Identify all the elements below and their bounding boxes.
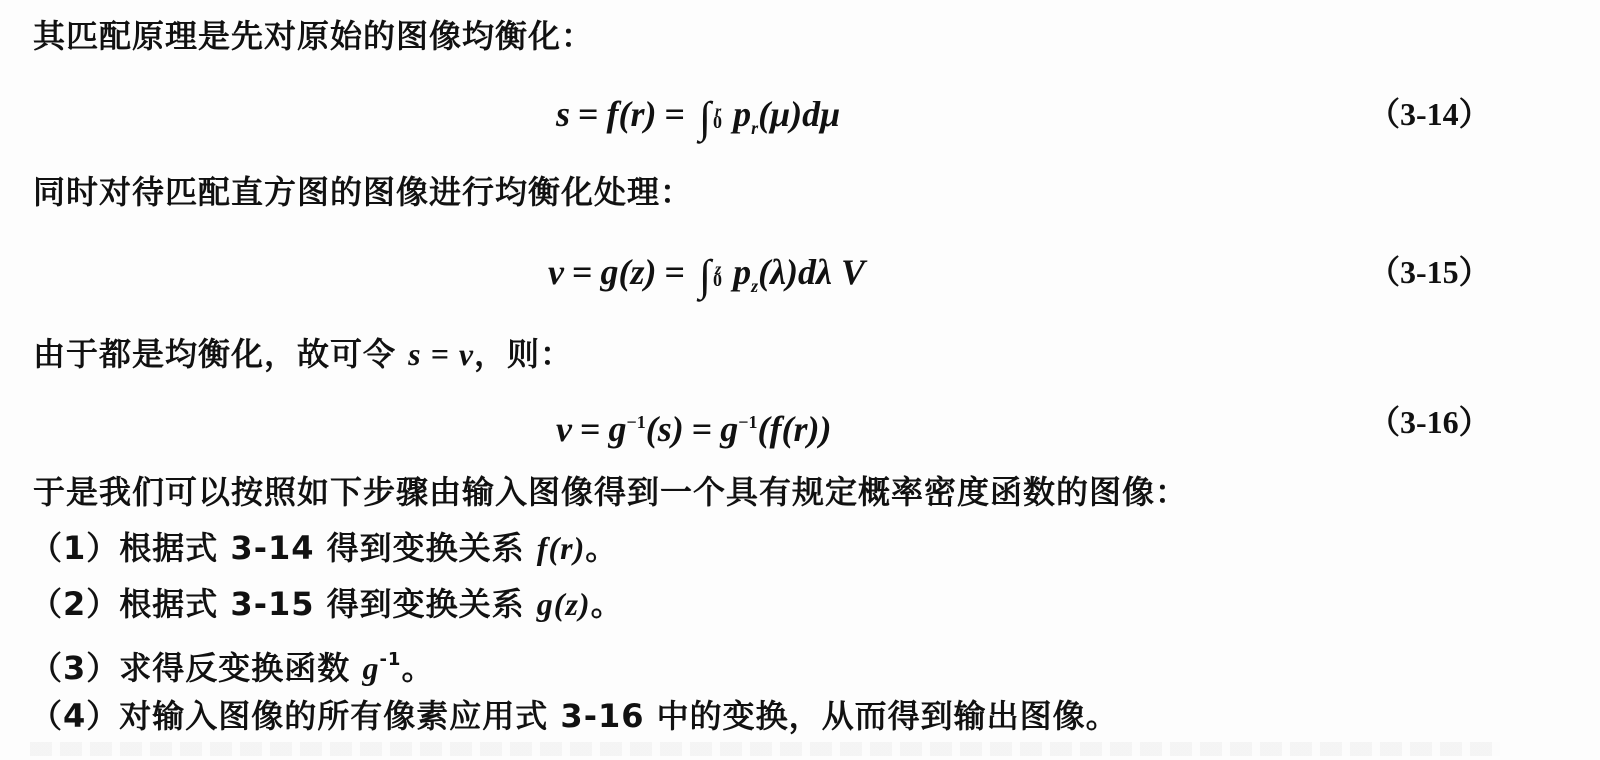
step-4: （4）对输入图像的所有像素应用式 3-16 中的变换，从而得到输出图像。 <box>30 696 1119 736</box>
integral-sign: ∫z0 <box>699 254 711 298</box>
equation-number-3-14: （3-14） <box>1368 92 1491 136</box>
paragraph-substitution: 由于都是均衡化，故可令 s = v，则： <box>33 334 573 374</box>
paragraph-intro: 其匹配原理是先对原始的图像均衡化： <box>33 16 594 56</box>
eq-lhs: v <box>548 252 564 292</box>
document-page: 其匹配原理是先对原始的图像均衡化： s=f(r)=∫r0pr(μ)dμ （3-1… <box>0 0 1600 760</box>
equation-3-15: v=g(z)=∫z0pz(λ)dλ V <box>548 250 865 308</box>
equation-number-3-16: （3-16） <box>1368 400 1491 444</box>
step-2: （2）根据式 3-15 得到变换关系 g(z)。 <box>30 584 624 624</box>
equation-number-3-15: （3-15） <box>1368 250 1491 294</box>
integral-sign: ∫r0 <box>699 96 711 140</box>
equation-3-14: s=f(r)=∫r0pr(μ)dμ <box>556 92 840 150</box>
step-3: （3）求得反变换函数 g-1。 <box>30 640 434 688</box>
inline-math: s = v <box>408 336 474 372</box>
paragraph-target: 同时对待匹配直方图的图像进行均衡化处理： <box>33 172 693 212</box>
eq-mid: f(r) <box>607 94 657 134</box>
eq-lhs: v <box>556 409 572 449</box>
step-1: （1）根据式 3-14 得到变换关系 f(r)。 <box>30 528 618 568</box>
scan-bleed-through <box>30 742 1500 756</box>
eq-mid: g(z) <box>601 252 657 292</box>
equation-3-16: v=g−1(s)=g−1(f(r)) <box>556 400 832 451</box>
paragraph-steps-intro: 于是我们可以按照如下步骤由输入图像得到一个具有规定概率密度函数的图像： <box>33 472 1188 512</box>
eq-lhs: s <box>556 94 570 134</box>
